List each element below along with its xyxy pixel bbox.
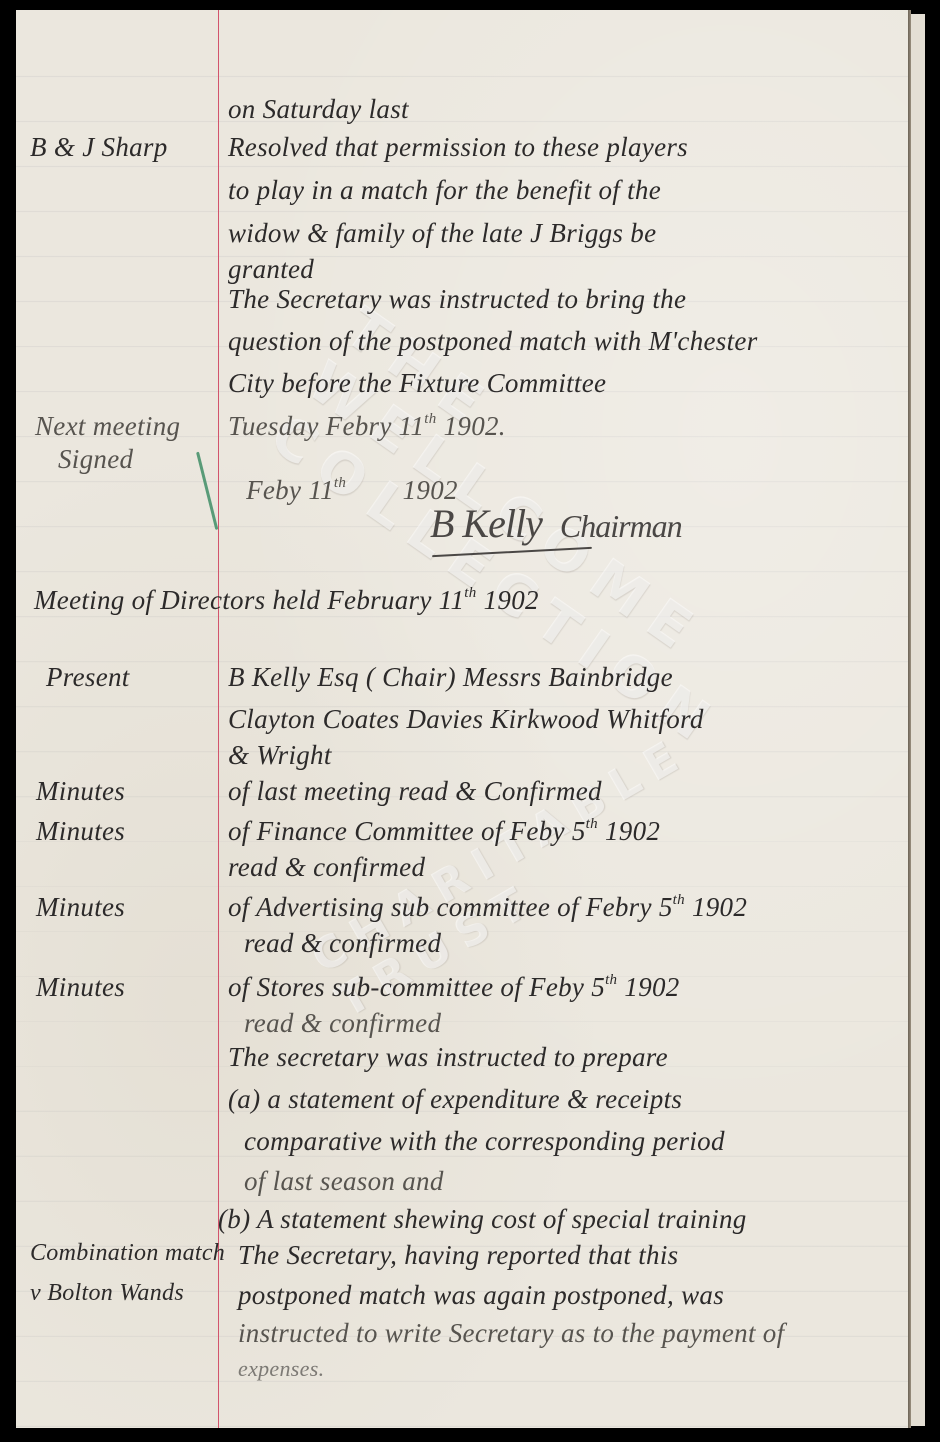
entry-text: instructed to write Secretary as to the … — [238, 1318, 784, 1349]
margin-note: Minutes — [36, 892, 125, 923]
entry-text: of last season and — [244, 1166, 444, 1197]
next-meeting-date: Tuesday Febry 11th 1902. — [228, 411, 506, 442]
entry-text: The Secretary was instructed to bring th… — [228, 284, 686, 315]
margin-note: Signed — [58, 444, 133, 475]
entry-text: Resolved that permission to these player… — [228, 132, 688, 163]
entry-text: & Wright — [228, 740, 332, 771]
entry-text: (b) A statement shewing cost of special … — [218, 1204, 747, 1235]
entry-text: Clayton Coates Davies Kirkwood Whitford — [228, 704, 704, 735]
signed-date: Feby 11th 1902 — [232, 444, 458, 506]
margin-note: v Bolton Wands — [30, 1280, 184, 1307]
entry-text: on Saturday last — [228, 94, 409, 125]
margin-note: Minutes — [36, 776, 125, 807]
entry-text: read & confirmed — [244, 1008, 441, 1039]
entry-text: read & confirmed — [244, 928, 441, 959]
entry-text: of Finance Committee of Feby 5th 1902 — [228, 816, 660, 847]
entry-text: read & confirmed — [228, 852, 425, 883]
entry-text: widow & family of the late J Briggs be — [228, 218, 656, 249]
entry-text: of last meeting read & Confirmed — [228, 776, 602, 807]
chairman-signature: B Kelly Chairman — [430, 500, 682, 547]
margin-note: Combination match — [30, 1240, 225, 1267]
margin-note: Next meeting — [35, 411, 180, 442]
entry-text: of Advertising sub committee of Febry 5t… — [228, 892, 747, 923]
entry-text: postponed match was again postponed, was — [238, 1280, 724, 1311]
margin-note: Minutes — [36, 972, 125, 1003]
entry-text: (a) a statement of expenditure & receipt… — [228, 1084, 682, 1115]
margin-note: Minutes — [36, 816, 125, 847]
entry-text: of Stores sub-committee of Feby 5th 1902 — [228, 972, 680, 1003]
margin-note: B & J Sharp — [30, 132, 168, 163]
entry-text: The Secretary, having reported that this — [238, 1240, 678, 1271]
entry-text: B Kelly Esq ( Chair) Messrs Bainbridge — [228, 662, 673, 693]
entry-text: The secretary was instructed to prepare — [228, 1042, 668, 1073]
entry-text: City before the Fixture Committee — [228, 368, 606, 399]
entry-text: granted — [228, 254, 314, 285]
entry-text: comparative with the corresponding perio… — [244, 1126, 725, 1157]
entry-text: question of the postponed match with M'c… — [228, 326, 758, 357]
margin-note: Present — [46, 662, 130, 693]
page-edge — [911, 14, 925, 1426]
entry-text: expenses. — [238, 1356, 324, 1382]
entry-text: to play in a match for the benefit of th… — [228, 175, 661, 206]
meeting-heading: Meeting of Directors held February 11th … — [34, 585, 539, 616]
